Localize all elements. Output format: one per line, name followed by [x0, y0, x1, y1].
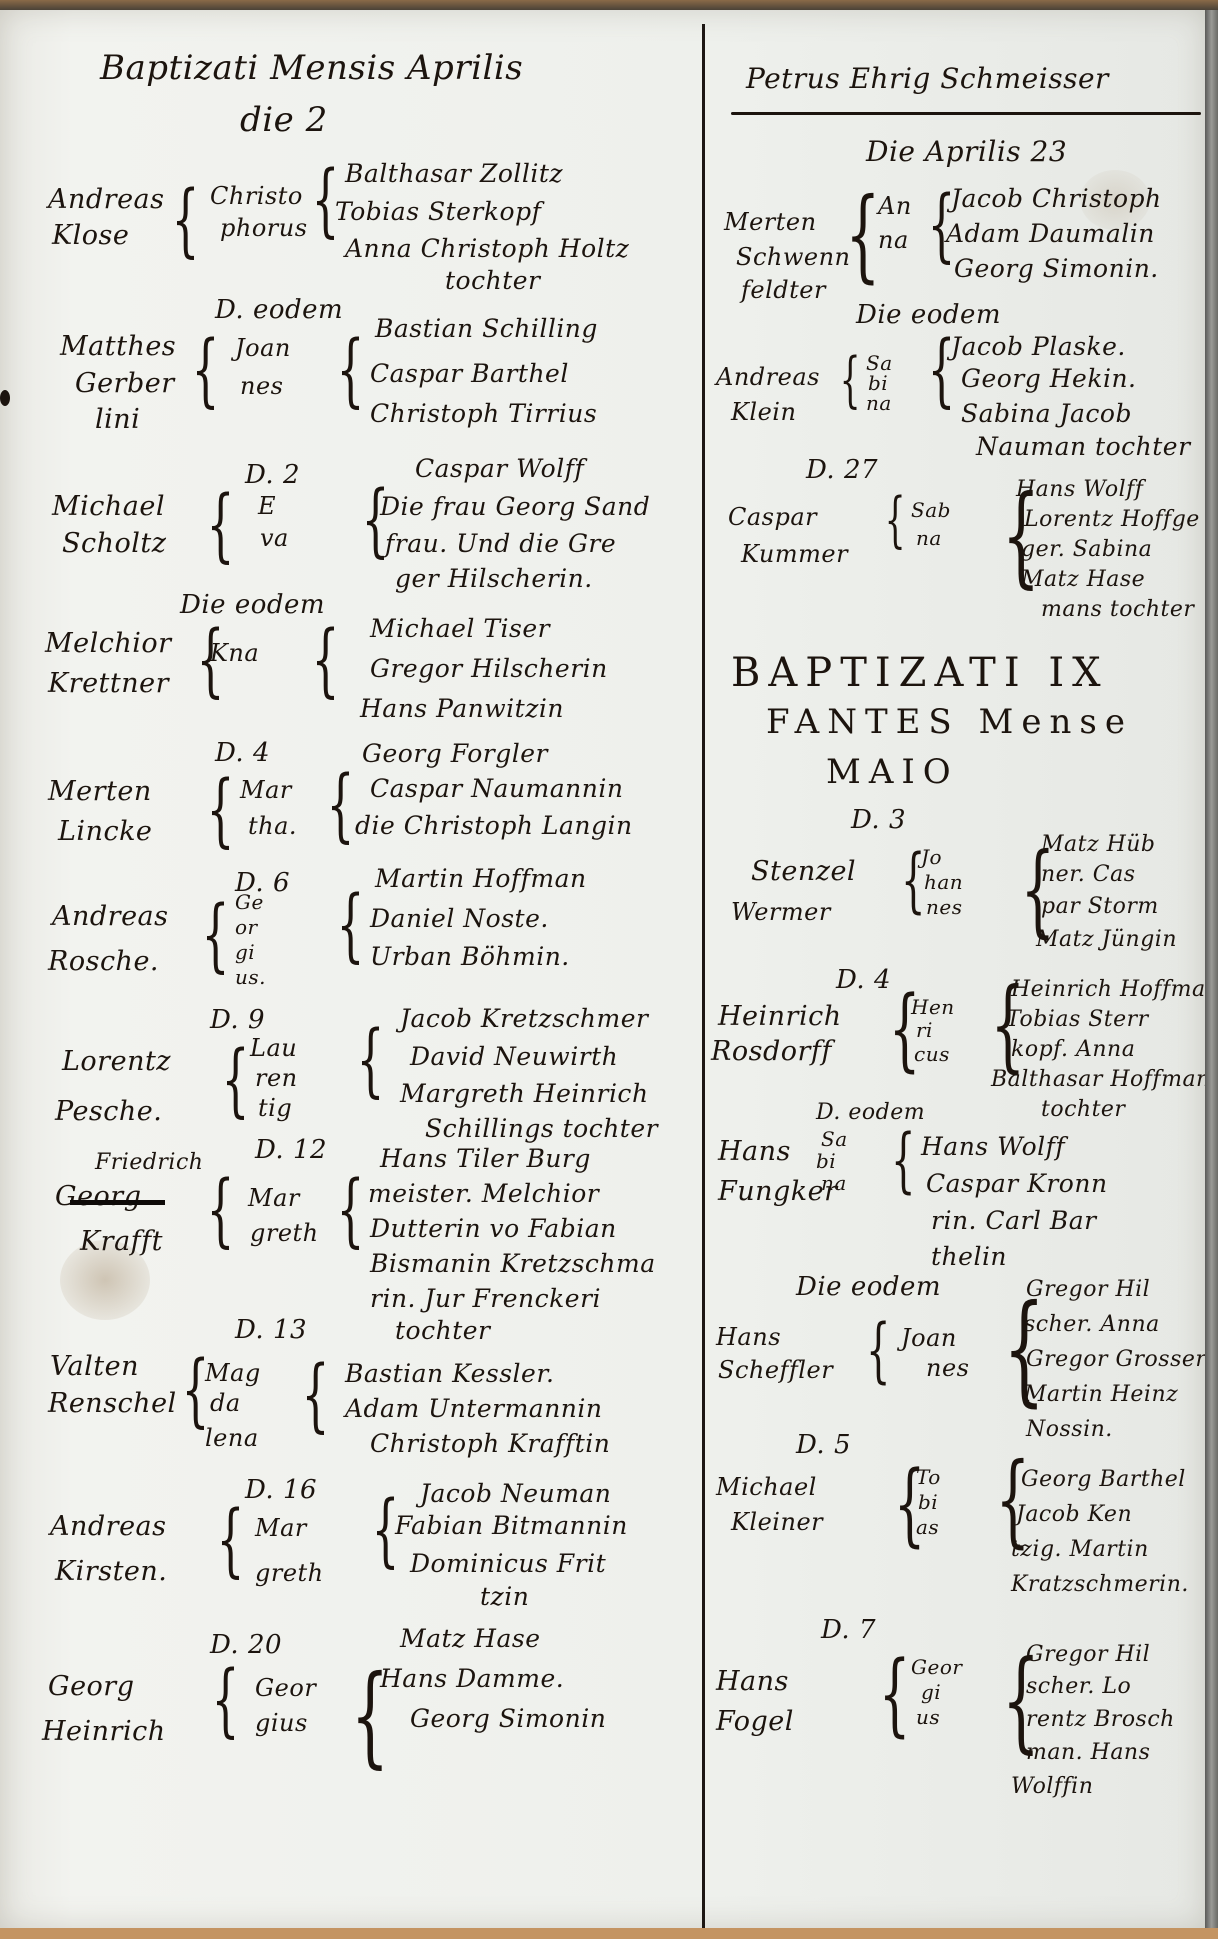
godparent-cont: tzin	[480, 1578, 529, 1616]
brace-icon: {	[866, 1315, 891, 1385]
column-divider-line	[702, 24, 705, 1936]
brace-icon: {	[216, 1500, 244, 1580]
godparent-cont: Kratzschmerin.	[1011, 1570, 1189, 1600]
child-name-cont: gi	[235, 940, 255, 964]
brace-icon: {	[311, 620, 339, 700]
godparent: Matz Hüb	[1041, 830, 1156, 860]
brace-icon: {	[206, 1170, 234, 1250]
child-name-cont: bi	[816, 1150, 836, 1172]
child-name-cont: or	[235, 915, 258, 939]
brace-icon: {	[211, 1660, 239, 1740]
brace-icon: {	[206, 770, 234, 850]
child-name-cont: han	[924, 870, 963, 894]
child-name: To	[916, 1465, 941, 1489]
godparent: Hans Panwitzin	[360, 690, 564, 728]
child-name-cont: nes	[926, 895, 962, 919]
godparent: Georg Simonin	[410, 1700, 606, 1738]
brace-icon: {	[336, 1170, 364, 1250]
godparent: Christoph Krafftin	[370, 1425, 610, 1463]
godparent: Balthasar Hoffmans	[991, 1065, 1218, 1095]
child-name: Geor	[911, 1655, 962, 1679]
brace-icon: {	[206, 485, 234, 565]
godparent: Tobias Sterkopf	[335, 193, 541, 231]
child-name-cont: na	[866, 392, 892, 414]
child-name: Hen	[911, 995, 955, 1019]
brace-icon: {	[326, 765, 354, 845]
bottom-frame-edge	[0, 1928, 1218, 1939]
margin-ink-blot	[0, 390, 10, 406]
father-surname: Heinrich	[42, 1710, 166, 1754]
godparent: Hans Wolff	[1016, 475, 1143, 505]
godparent: Georg Simonin.	[954, 250, 1159, 288]
father-surname: Krettner	[48, 662, 169, 706]
child-name-cont: da	[210, 1385, 241, 1421]
father-name: Andreas	[50, 1505, 167, 1549]
godparent: Die frau Georg Sand	[380, 488, 650, 526]
godparent: scher. Anna	[1024, 1310, 1160, 1340]
father-surname: Klose	[52, 214, 129, 258]
godparent: meister. Melchior	[368, 1175, 599, 1213]
brace-icon: {	[201, 895, 229, 975]
godparent: Fabian Bitmannin	[395, 1507, 628, 1545]
child-name: An	[878, 188, 912, 224]
godparent: Tobias Sterr	[1006, 1005, 1149, 1035]
father-surname: Krafft	[80, 1220, 163, 1264]
brace-icon: {	[221, 1040, 249, 1120]
child-name-cont: us.	[235, 965, 266, 989]
godparent: Gregor Hil	[1026, 1640, 1150, 1670]
godparent: kopf. Anna	[1011, 1035, 1135, 1065]
brace-icon: {	[191, 330, 219, 410]
father-name: Lorentz	[62, 1040, 171, 1084]
godparent: Adam Daumalin	[946, 215, 1155, 253]
godparent: Martin Heinz	[1024, 1380, 1178, 1410]
godparent: rentz Brosch	[1026, 1705, 1175, 1735]
manuscript-page: Baptizati Mensis Aprilis die 2 Andreas K…	[0, 10, 1205, 1928]
brace-icon: {	[885, 490, 906, 550]
child-name-cont: greth	[250, 1215, 319, 1251]
entry-date: D. 16	[245, 1475, 317, 1505]
brace-icon: {	[301, 1355, 329, 1435]
entry-date: D. 27	[806, 455, 878, 485]
carryover-line: Petrus Ehrig Schmeisser	[746, 62, 1109, 95]
godparent: Jacob Christoph	[951, 180, 1162, 218]
father-surname: Wermer	[731, 890, 831, 934]
godparent: Martin Hoffman	[375, 860, 587, 898]
child-name-cont: greth	[255, 1555, 324, 1591]
page-heading: Baptizati Mensis Aprilis	[100, 48, 523, 88]
child-name-cont: lena	[205, 1420, 259, 1456]
father-surname: Lincke	[58, 810, 152, 854]
child-name: Joan	[235, 330, 291, 366]
child-name-cont: gius	[255, 1705, 308, 1741]
strikethrough-mark	[70, 1200, 165, 1205]
father-surname: Fungker	[718, 1170, 838, 1214]
entry-date: D. eodem	[215, 295, 343, 325]
brace-icon: {	[879, 1650, 910, 1740]
brace-icon: {	[356, 1020, 384, 1100]
godparent-cont: thelin	[931, 1238, 1007, 1276]
father-surname: Kummer	[741, 532, 848, 576]
child-name: Sa	[821, 1128, 848, 1150]
godparent: Dutterin vo Fabian	[370, 1210, 617, 1248]
godparent: Caspar Wolff	[415, 450, 584, 488]
father-name: Friedrich	[95, 1150, 203, 1175]
godparent: Caspar Naumannin	[370, 770, 623, 808]
father-surname: Klein	[731, 390, 796, 434]
godparent: Georg Hekin.	[961, 360, 1137, 398]
godparent: Georg Forgler	[362, 735, 548, 773]
brace-icon: {	[840, 350, 861, 410]
brace-icon: {	[891, 1125, 916, 1195]
right-page-edge	[1205, 10, 1218, 1928]
father-struck-name: Georg	[55, 1175, 142, 1219]
father-surname-cont: feldter	[741, 268, 826, 312]
godparent-cont: ger Hilscherin.	[395, 560, 593, 598]
child-name-cont: ri	[916, 1018, 933, 1042]
father-surname: Rosdorff	[711, 1030, 832, 1074]
page-heading-day: die 2	[240, 100, 328, 140]
godparent: ner. Cas	[1041, 860, 1136, 890]
godparent: Hans Wolff	[921, 1128, 1065, 1166]
father-name: Melchior	[45, 622, 172, 666]
child-name-cont: tha.	[248, 808, 297, 844]
father-surname: Scheffler	[718, 1348, 833, 1392]
father-name: Hans	[718, 1130, 791, 1174]
child-name-cont: phorus	[220, 210, 308, 246]
godparent: Matz Hase	[1021, 565, 1145, 595]
godparent: Gregor Hilscherin	[370, 650, 608, 688]
child-name-cont: gi	[921, 1680, 941, 1704]
child-name-cont: tig	[258, 1090, 292, 1126]
entry-date: D. 7	[821, 1615, 876, 1645]
brace-icon: {	[336, 330, 364, 410]
ruled-underline	[731, 112, 1201, 115]
godparent: Jacob Kretzschmer	[400, 1000, 648, 1038]
godparent-cont: mans tochter	[1041, 595, 1194, 625]
godparent: ger. Sabina	[1021, 535, 1152, 565]
child-name: Kna	[210, 635, 259, 671]
godparent-cont: Wolffin	[1011, 1772, 1093, 1802]
child-name: Mar	[240, 772, 292, 808]
entry-date: D. 5	[796, 1430, 851, 1460]
godparent: Bastian Kessler.	[345, 1355, 555, 1393]
brace-icon: {	[336, 885, 364, 965]
godparent: Adam Untermannin	[345, 1390, 603, 1428]
godparent-cont: tochter	[1041, 1095, 1125, 1125]
godparent: Michael Tiser	[370, 610, 550, 648]
godparent: man. Hans	[1026, 1738, 1150, 1768]
godparent-cont: tochter	[445, 262, 541, 300]
entry-date: D. 13	[235, 1315, 307, 1345]
father-name: Andreas	[52, 895, 169, 939]
godparent: Jacob Ken	[1016, 1500, 1132, 1530]
father-surname: Pesche.	[55, 1090, 162, 1134]
section-heading-may-line3: MAIO	[826, 752, 959, 792]
father-surname: Fogel	[716, 1700, 794, 1744]
father-surname: Renschel	[48, 1382, 177, 1426]
child-name-cont: as	[916, 1515, 939, 1539]
father-surname: Scholtz	[62, 522, 166, 566]
godparent: Margreth Heinrich	[400, 1075, 649, 1113]
child-name-cont: nes	[240, 368, 283, 404]
father-surname: Kleiner	[731, 1500, 823, 1544]
godparent: rin. Carl Bar	[931, 1202, 1097, 1240]
godparent: Heinrich Hoffman	[1011, 975, 1218, 1005]
father-name: Georg	[48, 1665, 135, 1709]
child-name-cont: nes	[926, 1350, 969, 1386]
father-surname: Kirsten.	[55, 1550, 167, 1594]
entry-date: D. 12	[255, 1135, 327, 1165]
godparent: Urban Böhmin.	[370, 938, 570, 976]
brace-icon: {	[845, 185, 880, 285]
entry-date: Die Aprilis 23	[866, 135, 1067, 168]
godparent: scher. Lo	[1026, 1672, 1131, 1702]
father-name: Stenzel	[751, 850, 856, 894]
godparent: David Neuwirth	[410, 1038, 618, 1076]
child-name: Christo	[210, 178, 303, 214]
godparent-cont: tochter	[395, 1312, 491, 1350]
godparent: Hans Tiler Burg	[380, 1140, 591, 1178]
child-name-cont: na	[878, 222, 909, 258]
godparent: die Christoph Langin	[355, 807, 633, 845]
child-name-cont: us	[916, 1705, 940, 1729]
godparent: Bastian Schilling	[375, 310, 598, 348]
godparent-cont: Nauman tochter	[976, 428, 1191, 466]
godparent: Lorentz Hoffge	[1024, 505, 1200, 535]
father-surname: Rosche.	[48, 940, 159, 984]
godparent: Daniel Noste.	[370, 900, 549, 938]
godparent: Gregor Grosser	[1026, 1345, 1206, 1375]
father-name: Merten	[48, 770, 152, 814]
child-name-cont: bi	[918, 1490, 938, 1514]
child-name: Ge	[235, 890, 264, 914]
brace-icon: {	[171, 180, 199, 260]
child-name-cont: na	[916, 520, 942, 556]
section-heading-may: BAPTIZATI IX	[731, 650, 1109, 696]
godparent: Caspar Kronn	[926, 1165, 1108, 1203]
child-name: Jo	[921, 845, 942, 869]
entry-date: D. 4	[836, 965, 891, 995]
godparent: Georg Barthel	[1021, 1465, 1186, 1495]
godparent: Gregor Hil	[1026, 1275, 1150, 1305]
father-name: Hans	[716, 1660, 789, 1704]
child-name-cont: na	[821, 1172, 847, 1194]
child-name: E	[258, 488, 276, 524]
godparent: Bismanin Kretzschma	[370, 1245, 656, 1283]
godparent: Matz Jüngin	[1036, 925, 1177, 955]
entry-date: D. 3	[851, 805, 906, 835]
godparent: tzig. Martin	[1011, 1535, 1149, 1565]
godparent: par Storm	[1041, 892, 1159, 922]
godparent: Caspar Barthel	[370, 355, 569, 393]
entry-date: Die eodem	[796, 1272, 941, 1302]
godparent: Balthasar Zollitz	[345, 155, 563, 193]
child-name: Mar	[255, 1510, 307, 1546]
godparent: Matz Hase	[400, 1620, 541, 1658]
section-heading-may-line2: FANTES Mense	[766, 702, 1133, 742]
entry-date: D. 2	[245, 460, 300, 490]
godparent: Christoph Tirrius	[370, 395, 597, 433]
child-name-cont: va	[260, 520, 289, 556]
child-name: Geor	[255, 1670, 316, 1706]
child-name-cont: cus	[914, 1042, 950, 1066]
father-surname-cont: lini	[95, 398, 140, 442]
godparent: Hans Damme.	[380, 1660, 564, 1698]
child-name: Mar	[248, 1180, 300, 1216]
godparent: frau. Und die Gre	[385, 525, 616, 563]
godparent-cont: Nossin.	[1026, 1415, 1113, 1445]
